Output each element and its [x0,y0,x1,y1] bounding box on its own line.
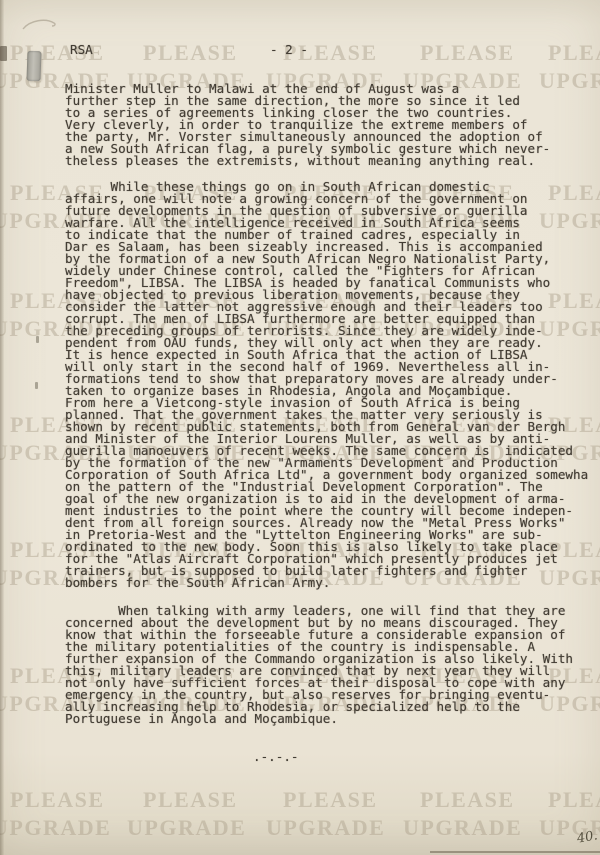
page-left-edge-shadow [0,0,4,855]
document-reference: RSA [70,44,93,56]
stray-ink-mark [35,382,38,389]
watermark-text: PLEASE [420,40,515,66]
watermark-text: PLEASE [548,787,600,813]
paragraph-2: While these things go on in South Africa… [65,181,588,589]
watermark-text: UPGRADE [0,815,111,841]
watermark-text: PLEASE [420,787,515,813]
watermark-text: PLEASE [548,40,600,66]
paragraph-3: When talking with army leaders, one will… [65,605,573,725]
scanned-document-page: PLEASEPLEASEPLEASEPLEASEPLEASEUPGRADEUPG… [0,0,600,855]
page-bottom-edge-shadow [430,851,600,853]
watermark-text: UPGRADE [403,815,522,841]
pencil-squiggle-mark [20,14,60,36]
paragraph-1: Minister Muller to Malawi at the end of … [65,83,550,167]
page-edge-mark [0,46,7,61]
page-number: - 2 - [270,44,308,56]
watermark-text: UPGRADE [266,815,385,841]
stray-ink-mark [36,336,39,343]
watermark-text: PLEASE [143,787,238,813]
watermark-text: PLEASE [143,40,238,66]
closing-mark: .-.-.- [253,751,299,763]
watermark-text: PLEASE [10,787,105,813]
watermark-text: PLEASE [283,787,378,813]
watermark-text: UPGRADE [127,815,246,841]
handwritten-page-number: 40. [576,828,599,846]
staple-mark [26,51,41,81]
